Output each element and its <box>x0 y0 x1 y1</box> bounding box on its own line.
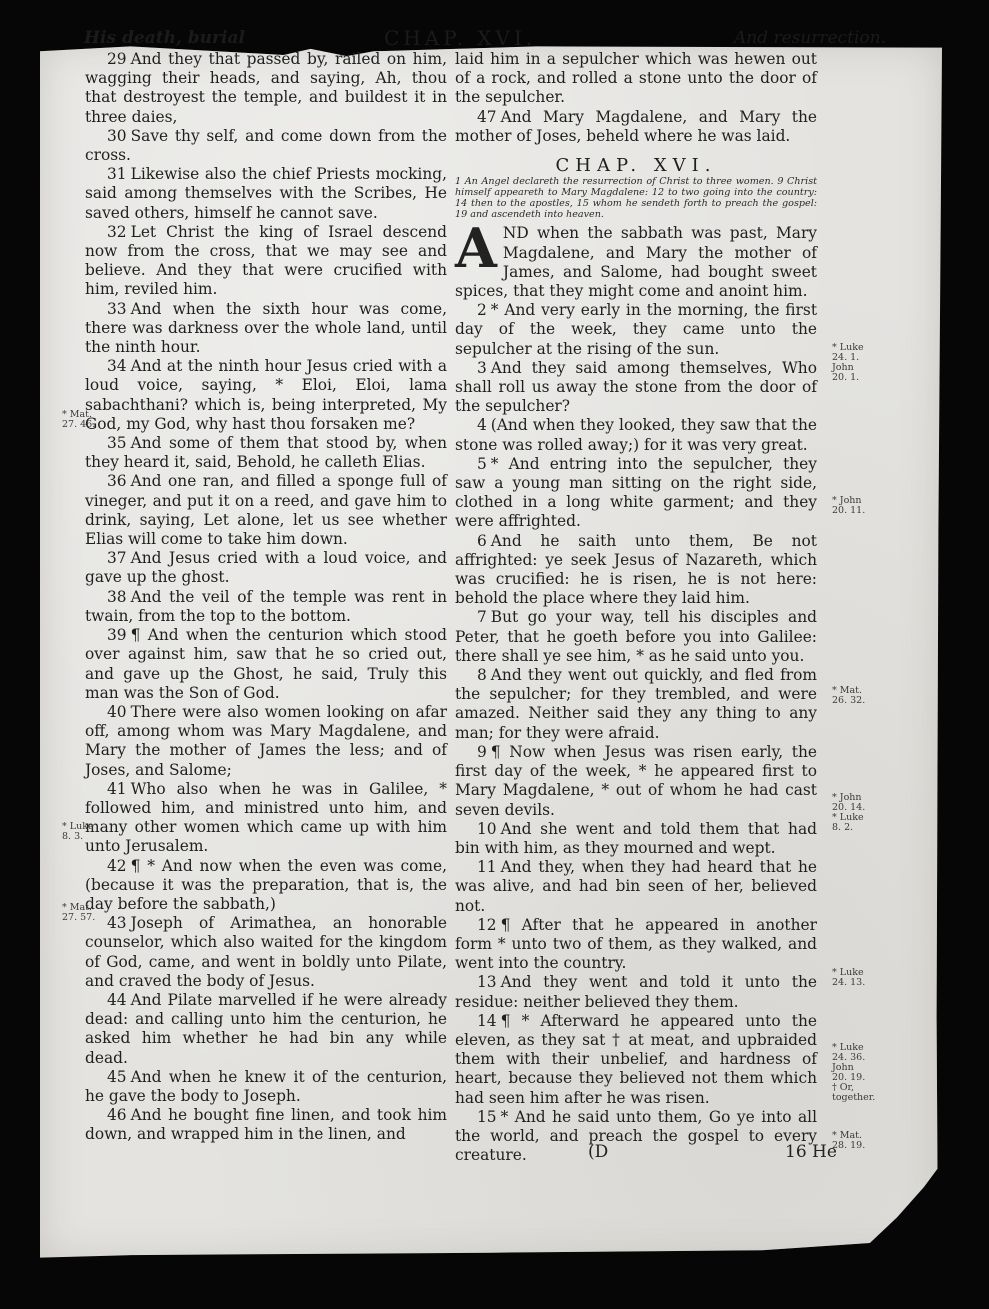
verse-36: 36And one ran, and filled a sponge full … <box>85 472 447 549</box>
verse-14: 14¶ * Afterward he appeared unto the ele… <box>455 1012 817 1108</box>
margin-note-luke-24-1: * Luke 24. 1. John 20. 1. <box>832 343 868 383</box>
verse-32: 32Let Christ the king of Israel descend … <box>85 223 447 300</box>
margin-note-mat-27-57: * Mat. 27. 57. <box>62 903 98 923</box>
margin-note-mat-27-46: * Mat. 27. 46. <box>62 410 98 430</box>
verse-4: 4(And when they looked, they saw that th… <box>455 416 817 454</box>
verse-46: 46And he bought fine linen, and took him… <box>85 1106 447 1144</box>
verse-42: 42¶ * And now when the even was come, (b… <box>85 857 447 915</box>
verse-5: 5* And entring into the sepulcher, they … <box>455 455 817 532</box>
verse-11: 11And they, when they had heard that he … <box>455 858 817 916</box>
catchword: 16 He <box>785 1142 837 1162</box>
signature-mark: (D <box>588 1142 608 1162</box>
verse-30: 30Save thy self, and come down from the … <box>85 127 447 165</box>
margin-note-luke-8-3: * Luke 8. 3. <box>62 822 98 842</box>
verse-39: 39¶ And when the centurion which stood o… <box>85 626 447 703</box>
margin-note-john-20-14: * John 20. 14. * Luke 8. 2. <box>832 793 868 833</box>
chapter-heading: CHAP. XVI. <box>455 156 817 175</box>
verse-33: 33And when the sixth hour was come, ther… <box>85 300 447 358</box>
running-head-left: His death, burial <box>84 28 245 48</box>
margin-note-mat-26-32: * Mat. 26. 32. <box>832 686 868 706</box>
verse-37: 37And Jesus cried with a loud voice, and… <box>85 549 447 587</box>
verse-45: 45And when he knew it of the centurion, … <box>85 1068 447 1106</box>
margin-note-luke-24-13: * Luke 24. 13. <box>832 968 868 988</box>
margin-note-john-20-11: * John 20. 11. <box>832 496 868 516</box>
verse-10: 10And she went and told them that had bi… <box>455 820 817 858</box>
verse-3: 3And they said among themselves, Who sha… <box>455 359 817 417</box>
verse-46-continuation: laid him in a sepulcher which was hewen … <box>455 50 817 108</box>
running-head-right: And resurrection. <box>734 28 886 48</box>
margin-note-mat-28-19: * Mat. 28. 19. <box>832 1131 868 1151</box>
verse-13: 13And they went and told it unto the res… <box>455 973 817 1011</box>
verse-2: 2* And very early in the morning, the fi… <box>455 301 817 359</box>
left-column: 29And they that passed by, railed on him… <box>85 50 447 1145</box>
running-head: His death, burial CHAP. XVI. And resurre… <box>84 26 846 52</box>
verse-44: 44And Pilate marvelled if he were alread… <box>85 991 447 1068</box>
verse-6: 6And he saith unto them, Be not affright… <box>455 532 817 609</box>
verse-31: 31Likewise also the chief Priests mockin… <box>85 165 447 223</box>
drop-cap: A <box>455 226 497 270</box>
verse-1: AND when the sabbath was past, Mary Magd… <box>455 224 817 301</box>
verse-40: 40There were also women looking on afar … <box>85 703 447 780</box>
margin-note-luke-24-36: * Luke 24. 36. John 20. 19. † Or, togeth… <box>832 1043 868 1103</box>
right-column: laid him in a sepulcher which was hewen … <box>455 50 817 1165</box>
verse-9: 9¶ Now when Jesus was risen early, the f… <box>455 743 817 820</box>
chapter-summary: 1 An Angel declareth the resurrection of… <box>455 177 817 220</box>
verse-7: 7But go your way, tell his disciples and… <box>455 608 817 666</box>
verse-15: 15* And he said unto them, Go ye into al… <box>455 1108 817 1166</box>
verse-12: 12¶ After that he appeared in another fo… <box>455 916 817 974</box>
verse-29: 29And they that passed by, railed on him… <box>85 50 447 127</box>
verse-8: 8And they went out quickly, and fled fro… <box>455 666 817 743</box>
verse-43: 43Joseph of Arimathea, an honorable coun… <box>85 914 447 991</box>
verse-38: 38And the veil of the temple was rent in… <box>85 588 447 626</box>
verse-35: 35And some of them that stood by, when t… <box>85 434 447 472</box>
running-head-chapter: CHAP. XVI. <box>384 26 536 50</box>
verse-47: 47And Mary Magdalene, and Mary the mothe… <box>455 108 817 146</box>
verse-34: 34And at the ninth hour Jesus cried with… <box>85 357 447 434</box>
verse-41: 41Who also when he was in Galilee, * fol… <box>85 780 447 857</box>
